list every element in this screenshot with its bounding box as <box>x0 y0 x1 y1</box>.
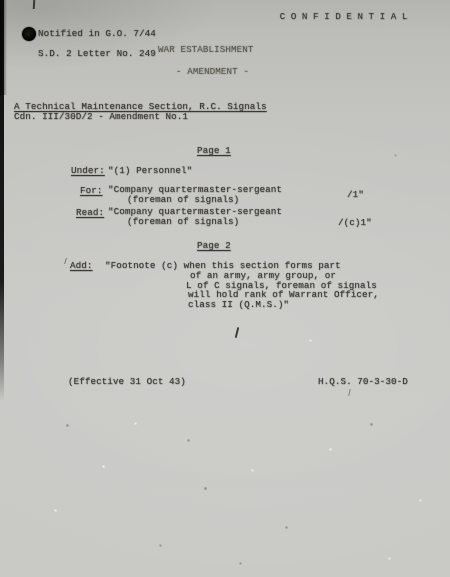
war-establishment-title: WAR ESTABLISHMENT <box>158 45 253 55</box>
for-label: For: <box>80 186 102 196</box>
stray-pen-mark <box>235 327 239 338</box>
stray-footer-mark <box>348 389 350 396</box>
classification-stamp: CONFIDENTIAL <box>280 12 413 22</box>
amendment-subtitle: - AMENDMENT - <box>176 67 249 77</box>
add-label: Add: <box>70 261 92 271</box>
sd-letter-line: S.D. 2 Letter No. 249 <box>38 49 156 59</box>
under-label: Under: <box>71 166 105 176</box>
page2-heading: Page 2 <box>197 241 231 251</box>
notified-line: Notified in G.O. 7/44 <box>38 29 156 39</box>
read-ref-value: /(c)1" <box>338 218 372 228</box>
scanned-document-page: CONFIDENTIAL Notified in G.O. 7/44 S.D. … <box>0 0 450 577</box>
stray-tick-mark <box>64 258 67 264</box>
paper-speckles <box>0 0 1 1</box>
file-reference: H.Q.S. 70-3-30-D <box>318 377 408 387</box>
effective-date: (Effective 31 Oct 43) <box>68 377 186 387</box>
read-label: Read: <box>76 208 104 218</box>
for-ref-value: /1" <box>347 190 364 200</box>
under-value: "(1) Personnel" <box>108 166 192 176</box>
for-value-line2: (foreman of signals) <box>127 195 239 205</box>
scan-tick-mark <box>33 0 35 9</box>
page1-heading: Page 1 <box>197 146 231 156</box>
scan-edge-corner-artifact <box>0 0 7 95</box>
section-reference: Cdn. III/30D/2 - Amendment No.1 <box>14 112 188 122</box>
hole-punch-mark <box>22 27 36 41</box>
read-value-line2: (foreman of signals) <box>127 217 239 227</box>
add-value-line5: class II (Q.M.S.)" <box>188 300 289 310</box>
